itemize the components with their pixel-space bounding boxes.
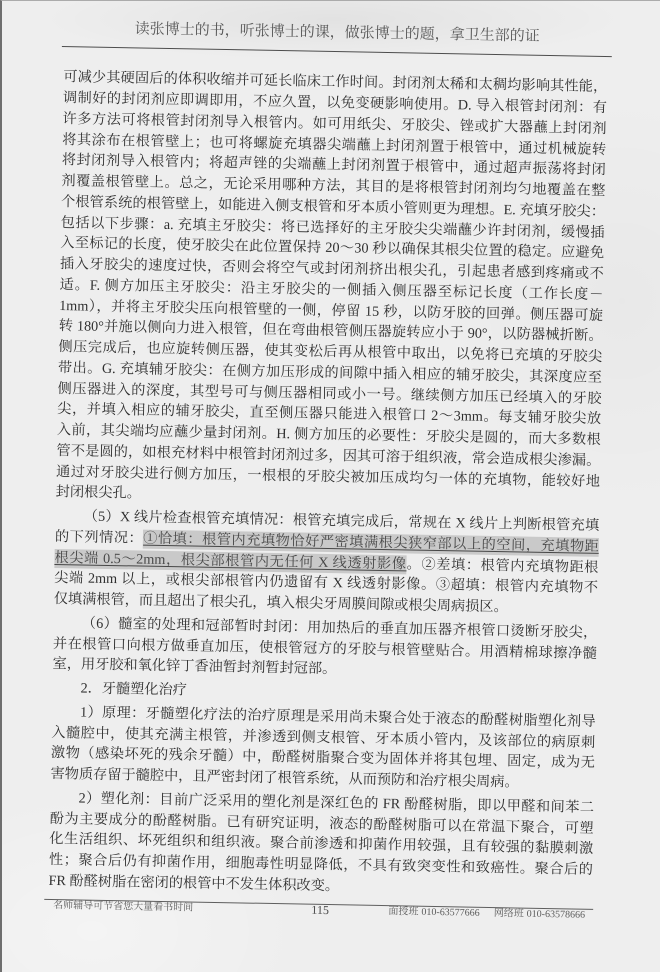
contact-online-class: 网络班010-63578666 — [494, 908, 586, 921]
text-segment: 的下列情况： — [55, 529, 144, 547]
contact-label: 网络班 — [494, 908, 524, 920]
contact-phone: 010-63577666 — [421, 907, 480, 919]
contact-in-person-class: 面授班010-63577666 — [388, 906, 480, 919]
text-segment: 。②差填：根管内充填物距根 — [406, 556, 598, 576]
paragraph-continued: 可减少其硬固后的体积收缩并可延长临床工作时间。封闭剂太稀和太稠均影响其性能， 调… — [56, 67, 608, 513]
running-header: 读张博士的书，听张博士的课，做张博士的题，拿卫生部的证 — [62, 19, 612, 47]
contact-phone: 010-63578666 — [527, 909, 586, 921]
book-page: 读张博士的书，听张博士的课，做张博士的题，拿卫生部的证 可减少其硬固后的体积收缩… — [0, 0, 660, 972]
paragraph-principle: 1）原理：牙髓塑化疗法的治疗原理是采用尚未聚合处于液态的酚醛树脂塑化剂导 入髓腔… — [50, 702, 595, 795]
paragraph-resinifying-agent: 2）塑化剂：目前广泛采用的塑化剂是深红色的 FR 酚醛树脂，即以甲醛和间苯二 酚… — [48, 788, 594, 902]
page-number: 115 — [305, 904, 335, 918]
header-rule — [62, 46, 612, 57]
footer-contacts: 面授班010-63577666 网络班010-63578666 — [388, 906, 585, 921]
paragraph-xray-check: （5）X 线片检查根管充填情况：根管充填完成后，常规在 X 线片上判断根管充填 … — [54, 506, 600, 620]
paragraph-pulp-chamber: （6）髓室的处理和冠部暂时封闭：用加热后的垂直加压器齐根管口烫断牙胶尖， 并在根… — [52, 613, 597, 685]
contact-label: 面授班 — [388, 906, 418, 918]
footer-slogan: 名师辅导可节省您大量看书时间 — [53, 900, 193, 914]
body-text: 可减少其硬固后的体积收缩并可延长临床工作时间。封闭剂太稀和太稠均影响其性能， 调… — [48, 67, 607, 901]
